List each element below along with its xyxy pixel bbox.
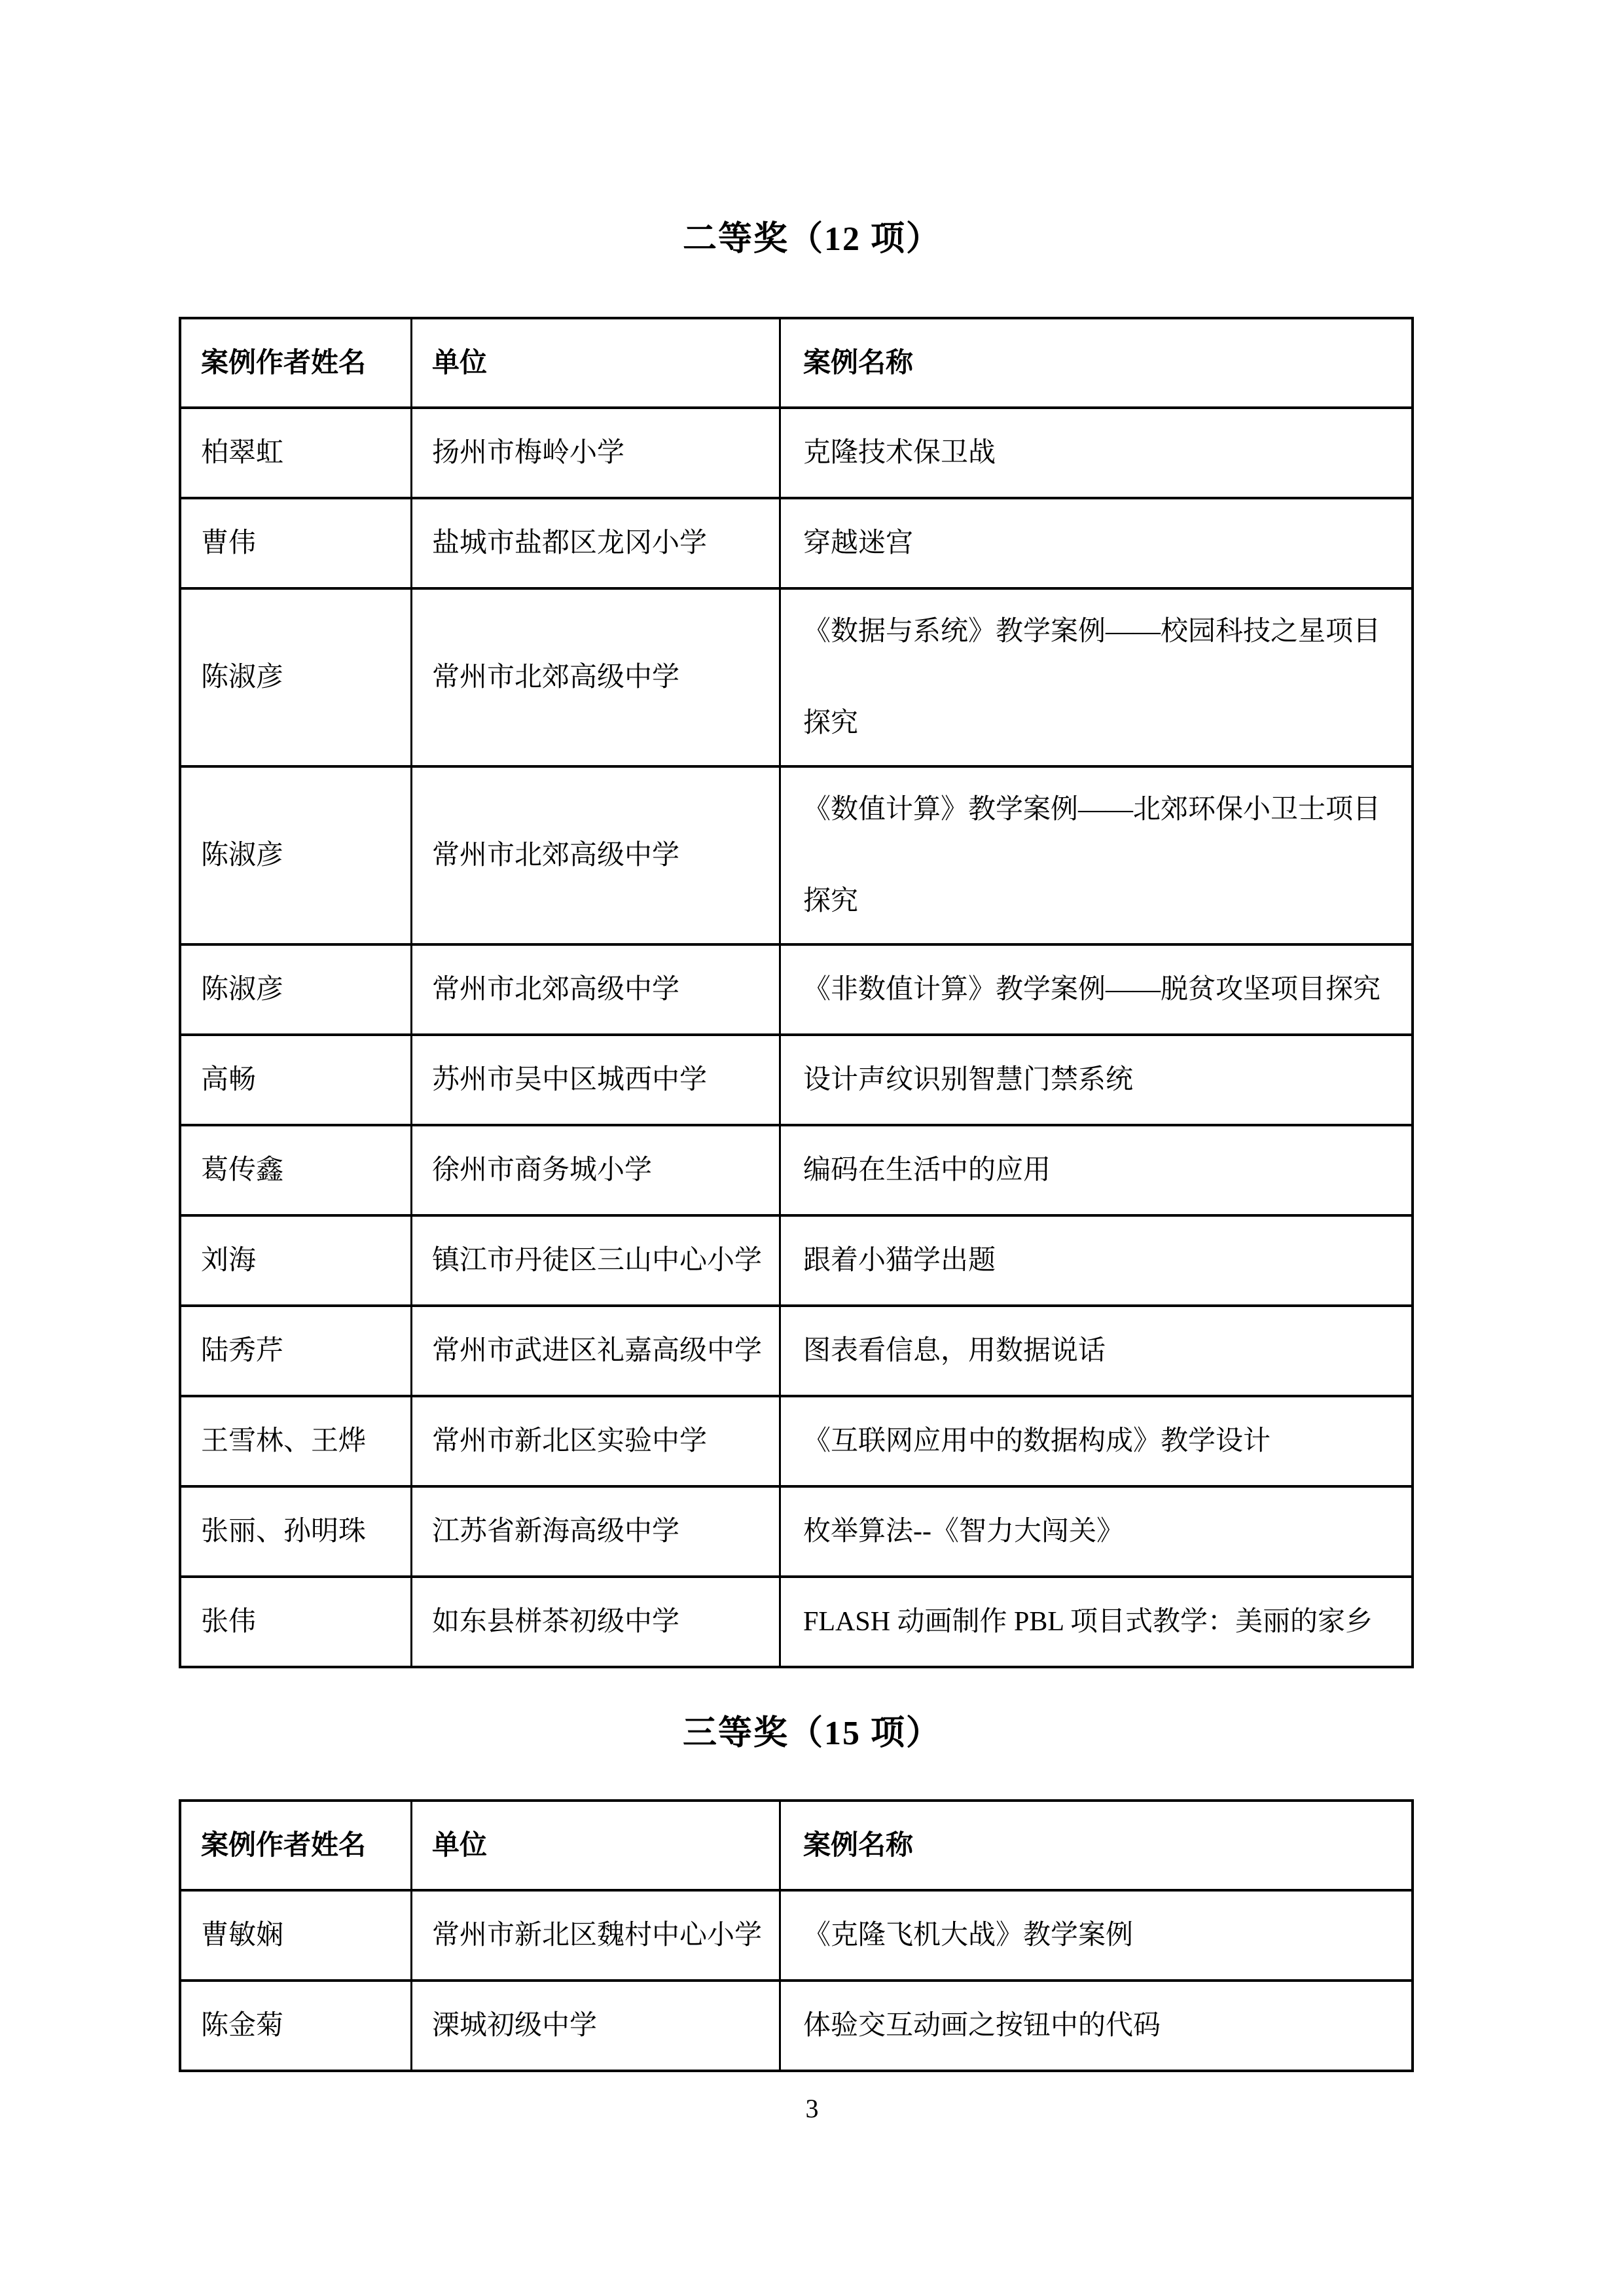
section-title-second-prize: 二等奖（12 项） <box>0 0 1624 317</box>
section-third-prize: 三等奖（15 项） 案例作者姓名单位案例名称曹敏娴常州市新北区魏村中心小学《克隆… <box>0 1668 1624 2072</box>
case-name-cell: 跟着小猫学出题 <box>779 1217 1411 1304</box>
author-cell: 曹敏娴 <box>181 1892 410 1979</box>
header-row: 案例作者姓名单位案例名称 <box>181 319 1411 406</box>
author-cell: 高畅 <box>181 1036 410 1124</box>
unit-cell: 如东县栟茶初级中学 <box>410 1578 779 1666</box>
section-title-third-prize: 三等奖（15 项） <box>0 1668 1624 1799</box>
header-cell: 单位 <box>410 319 779 406</box>
author-cell: 陈淑彦 <box>181 946 410 1033</box>
table-row: 曹敏娴常州市新北区魏村中心小学《克隆飞机大战》教学案例 <box>181 1889 1411 1979</box>
table-row: 葛传鑫徐州市商务城小学编码在生活中的应用 <box>181 1124 1411 1214</box>
unit-cell: 溧城初级中学 <box>410 1982 779 2070</box>
unit-cell: 苏州市吴中区城西中学 <box>410 1036 779 1124</box>
header-row: 案例作者姓名单位案例名称 <box>181 1802 1411 1889</box>
case-name-cell: 《互联网应用中的数据构成》教学设计 <box>779 1397 1411 1485</box>
author-cell: 张丽、孙明珠 <box>181 1488 410 1575</box>
case-name-cell: 《数值计算》教学案例——北郊环保小卫士项目探究 <box>779 768 1411 943</box>
table-row: 刘海镇江市丹徒区三山中心小学跟着小猫学出题 <box>181 1214 1411 1304</box>
table-row: 王雪林、王烨常州市新北区实验中学《互联网应用中的数据构成》教学设计 <box>181 1395 1411 1485</box>
case-name-cell: 克隆技术保卫战 <box>779 409 1411 497</box>
unit-cell: 扬州市梅岭小学 <box>410 409 779 497</box>
author-cell: 刘海 <box>181 1217 410 1304</box>
table-row: 柏翠虹扬州市梅岭小学克隆技术保卫战 <box>181 406 1411 497</box>
table-row: 张丽、孙明珠江苏省新海高级中学枚举算法--《智力大闯关》 <box>181 1485 1411 1575</box>
case-name-cell: 图表看信息，用数据说话 <box>779 1307 1411 1395</box>
author-cell: 曹伟 <box>181 499 410 587</box>
header-cell: 案例名称 <box>779 1802 1411 1889</box>
unit-cell: 徐州市商务城小学 <box>410 1126 779 1214</box>
author-cell: 陈淑彦 <box>181 590 410 765</box>
author-cell: 柏翠虹 <box>181 409 410 497</box>
table-row: 陈淑彦常州市北郊高级中学《非数值计算》教学案例——脱贫攻坚项目探究 <box>181 943 1411 1033</box>
unit-cell: 常州市武进区礼嘉高级中学 <box>410 1307 779 1395</box>
table-row: 曹伟盐城市盐都区龙冈小学穿越迷宫 <box>181 497 1411 587</box>
table-row: 陈金菊溧城初级中学体验交互动画之按钮中的代码 <box>181 1979 1411 2070</box>
author-cell: 王雪林、王烨 <box>181 1397 410 1485</box>
author-cell: 陈淑彦 <box>181 768 410 943</box>
case-name-cell: 枚举算法--《智力大闯关》 <box>779 1488 1411 1575</box>
award-table-third-prize: 案例作者姓名单位案例名称曹敏娴常州市新北区魏村中心小学《克隆飞机大战》教学案例陈… <box>179 1799 1414 2072</box>
table-row: 陈淑彦常州市北郊高级中学《数值计算》教学案例——北郊环保小卫士项目探究 <box>181 765 1411 943</box>
author-cell: 葛传鑫 <box>181 1126 410 1214</box>
unit-cell: 盐城市盐都区龙冈小学 <box>410 499 779 587</box>
unit-cell: 江苏省新海高级中学 <box>410 1488 779 1575</box>
document-page: 二等奖（12 项） 案例作者姓名单位案例名称柏翠虹扬州市梅岭小学克隆技术保卫战曹… <box>0 0 1624 2296</box>
case-name-cell: FLASH 动画制作 PBL 项目式教学：美丽的家乡 <box>779 1578 1411 1666</box>
unit-cell: 常州市北郊高级中学 <box>410 590 779 765</box>
unit-cell: 镇江市丹徒区三山中心小学 <box>410 1217 779 1304</box>
case-name-cell: 《克隆飞机大战》教学案例 <box>779 1892 1411 1979</box>
header-cell: 单位 <box>410 1802 779 1889</box>
case-name-cell: 《非数值计算》教学案例——脱贫攻坚项目探究 <box>779 946 1411 1033</box>
table-row: 高畅苏州市吴中区城西中学设计声纹识别智慧门禁系统 <box>181 1033 1411 1124</box>
section-second-prize: 二等奖（12 项） 案例作者姓名单位案例名称柏翠虹扬州市梅岭小学克隆技术保卫战曹… <box>0 0 1624 1668</box>
unit-cell: 常州市新北区魏村中心小学 <box>410 1892 779 1979</box>
author-cell: 张伟 <box>181 1578 410 1666</box>
table-row: 陈淑彦常州市北郊高级中学《数据与系统》教学案例——校园科技之星项目探究 <box>181 587 1411 765</box>
case-name-cell: 穿越迷宫 <box>779 499 1411 587</box>
header-cell: 案例作者姓名 <box>181 1802 410 1889</box>
award-table-second-prize: 案例作者姓名单位案例名称柏翠虹扬州市梅岭小学克隆技术保卫战曹伟盐城市盐都区龙冈小… <box>179 317 1414 1668</box>
case-name-cell: 编码在生活中的应用 <box>779 1126 1411 1214</box>
header-cell: 案例名称 <box>779 319 1411 406</box>
author-cell: 陈金菊 <box>181 1982 410 2070</box>
case-name-cell: 设计声纹识别智慧门禁系统 <box>779 1036 1411 1124</box>
unit-cell: 常州市北郊高级中学 <box>410 946 779 1033</box>
author-cell: 陆秀芹 <box>181 1307 410 1395</box>
unit-cell: 常州市北郊高级中学 <box>410 768 779 943</box>
table-row: 张伟如东县栟茶初级中学FLASH 动画制作 PBL 项目式教学：美丽的家乡 <box>181 1575 1411 1666</box>
table-row: 陆秀芹常州市武进区礼嘉高级中学图表看信息，用数据说话 <box>181 1304 1411 1395</box>
unit-cell: 常州市新北区实验中学 <box>410 1397 779 1485</box>
case-name-cell: 《数据与系统》教学案例——校园科技之星项目探究 <box>779 590 1411 765</box>
page-number: 3 <box>0 2093 1624 2124</box>
header-cell: 案例作者姓名 <box>181 319 410 406</box>
case-name-cell: 体验交互动画之按钮中的代码 <box>779 1982 1411 2070</box>
